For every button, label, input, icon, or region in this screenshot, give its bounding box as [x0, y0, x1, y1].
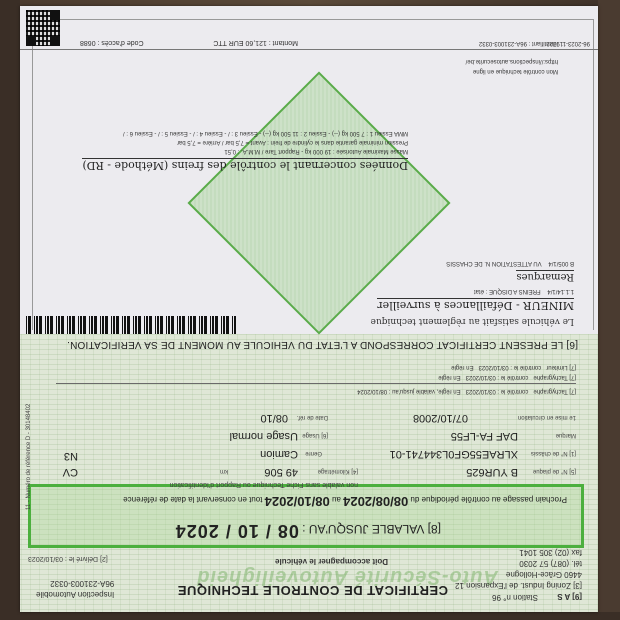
first-reg-label: 1e mise en circulation — [518, 414, 576, 420]
divider — [20, 49, 598, 50]
odometer-unit: km — [220, 468, 228, 474]
brake-data-title: Données concernant le contrôle des frein… — [82, 158, 408, 172]
device-row: [7] Limiteur contrôlé le : 03/10/2023 En… — [451, 364, 576, 370]
certificate-statement: [6] LE PRESENT CERTIFICAT CORRESPOND A L… — [67, 339, 578, 350]
station-address1: [3] Zoning Indust. de l'Expansion 12 — [455, 580, 582, 591]
divider — [56, 383, 576, 384]
vehicle-category: CV — [63, 466, 78, 478]
remark-item: B 005/1/4 VU ATTESTATION N. DE CHASSIS — [446, 260, 574, 266]
inspection-org-name: Inspection Automobile — [36, 589, 114, 600]
online-title: Mon contrôle technique en ligne — [473, 68, 558, 74]
station-number: Station n° 96 — [492, 593, 538, 602]
background-right — [598, 0, 620, 620]
ref-date-label: Date de réf. — [297, 414, 328, 420]
inspection-org: Inspection Automobile 96A-231003-0332 — [36, 578, 114, 600]
remarks-title: Remarques — [516, 270, 574, 282]
usage-label: [6] Usage — [302, 432, 328, 438]
brake-line: MMA Essieu 1 : 7 500 kg (--) - Essieu 2 … — [123, 130, 408, 136]
online-url: https://inspections.autosecurite.be/ — [466, 58, 558, 64]
usage-value: Usage normal — [230, 430, 298, 442]
next-to: 08/10/2024 — [265, 494, 330, 509]
device-row: [7] Tachygraphe contrôlé le : 03/10/2023… — [438, 374, 576, 380]
side-reference-note: 11 - Numéro de référence D - 30148402 — [26, 404, 32, 510]
background-bottom — [0, 612, 620, 620]
ref-date-value: 08/10 — [260, 412, 288, 424]
amount: Montant : 121,60 EUR TTC — [213, 39, 298, 46]
validity-box: [8] VALABLE JUSQU'AU : 08 / 10 / 2024 Pr… — [28, 484, 584, 548]
next-inspection: Prochain passage au contrôle périodique … — [123, 494, 567, 509]
qr-code — [26, 10, 60, 46]
genre-label: Genre — [305, 450, 322, 456]
background-left — [0, 0, 20, 620]
result-satisfies: Le véhicule satisfait au règlement techn… — [371, 316, 574, 326]
vehicle-class: N3 — [64, 450, 78, 462]
next-from: 08/08/2024 — [343, 494, 408, 509]
odometer-value: 49 506 — [264, 466, 298, 478]
plate-value: B YUR625 — [466, 466, 518, 478]
inspection-certificate: Auto-Sécurité Autoveiligheid [9] A S [3]… — [20, 6, 598, 612]
valid-until-date: 08 / 10 / 2024 — [175, 521, 299, 541]
access-code: Code d'accès : 0688 — [80, 39, 144, 46]
brand-value: DAF FA-LF55 — [451, 430, 518, 442]
odometer-label: [4] Kilométrage — [318, 468, 358, 474]
valid-until-label: [8] VALABLE JUSQU'AU : — [302, 522, 441, 536]
must-accompany-note: Doit accompagner le véhicule — [275, 557, 388, 566]
vin-label: [1] N° de châssis — [531, 450, 576, 456]
brand-label: Marque — [556, 432, 576, 438]
station-tel: tél. (087) 57 2030 — [455, 558, 582, 569]
doc-reference: 96-2023-119722 — [546, 40, 590, 46]
result-level: MINEUR - Défaillances à surveiller — [377, 298, 574, 312]
brake-line: Masse Maximale Autorisée : 19 000 kg - R… — [224, 148, 408, 154]
device-row: [7] Tachygraphe contrôlé le : 03/10/2023… — [357, 388, 576, 394]
vin-value: XLRAE55GF0L344741-01 — [390, 448, 518, 460]
valid-until: [8] VALABLE JUSQU'AU : 08 / 10 / 2024 — [175, 520, 441, 541]
genre-value: Camion — [260, 448, 298, 460]
plate-label: [5] N° de plaque — [533, 468, 576, 474]
station-fax: fax (02) 305 1041 — [455, 547, 582, 558]
station-address2: 4460 Grâce-Hollogne — [455, 569, 582, 580]
delivered-date: [2] Délivré le : 03/10/2023 — [28, 555, 108, 562]
defect-item: 1.1.14/1/4 FREINS A DISQUE : état — [474, 288, 574, 294]
inspection-org-number: 96A-231003-0332 — [36, 578, 114, 589]
non-valid-note: non valable sans Fiche Technique ou Rapp… — [170, 481, 358, 488]
first-reg-value: 07/10/2008 — [413, 412, 468, 424]
document-title: CERTIFICAT DE CONTROLE TECHNIQUE — [177, 583, 448, 598]
brake-line: Pression minimale garantie dans le cylin… — [177, 139, 408, 145]
